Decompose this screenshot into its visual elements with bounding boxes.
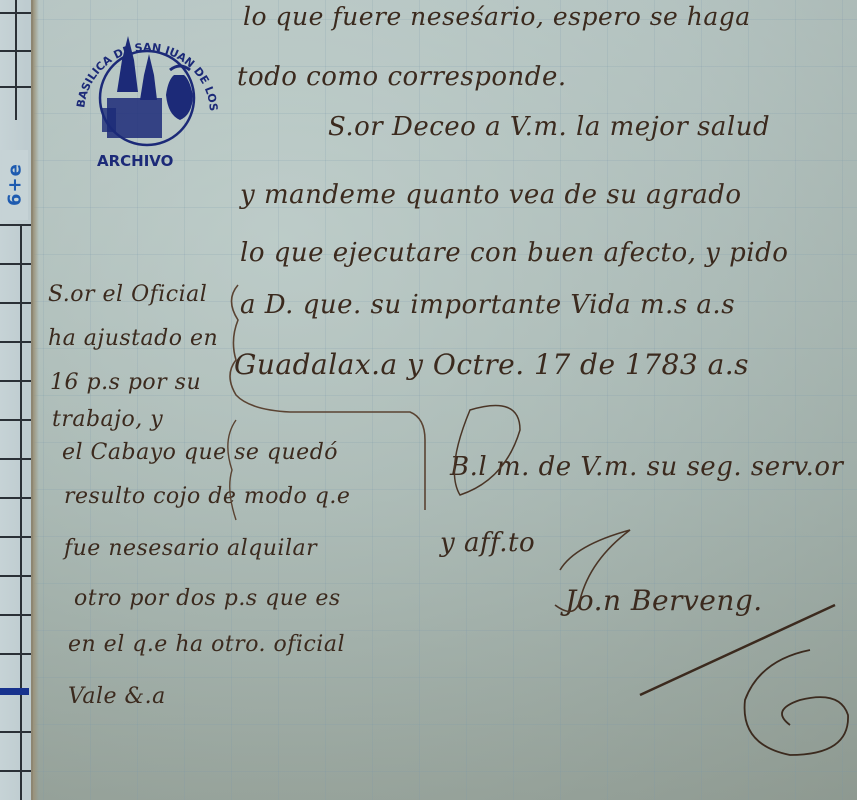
bracket-flourish <box>230 285 425 510</box>
ink-flourishes <box>0 0 857 800</box>
bracket-flourish <box>228 420 236 520</box>
rubric-flourish <box>745 650 849 755</box>
bl-flourish <box>454 406 520 496</box>
jo-flourish <box>555 530 630 611</box>
